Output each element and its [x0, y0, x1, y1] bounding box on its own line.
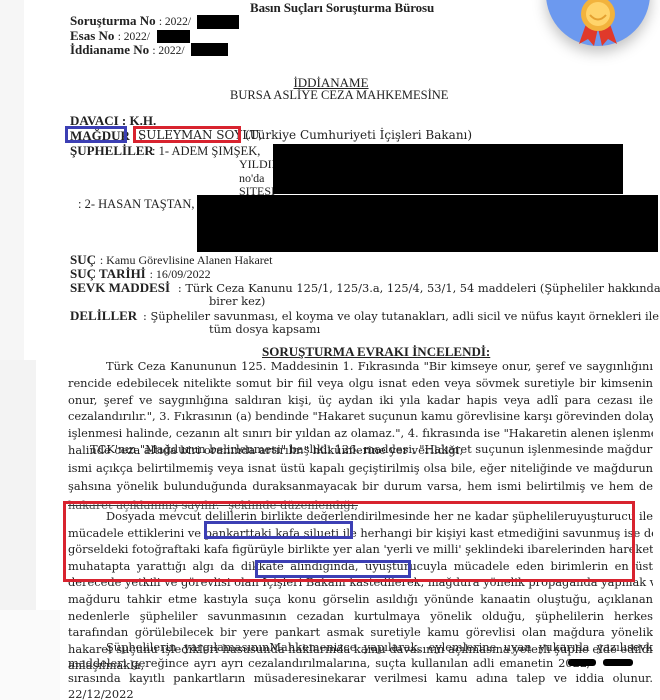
sevk-value-cont: birer kez): [209, 294, 265, 308]
text-line: sırasında kayıtlı pankartların müsaderes…: [68, 671, 653, 687]
highlight-box-magdur-name: [133, 126, 241, 143]
suc-tarihi-label: SUÇ TARİHİ: [70, 266, 146, 281]
sorusturma-no: Soruşturma No : 2022/: [70, 13, 191, 29]
redaction-scribble: [603, 659, 633, 666]
bureau-title: Basın Suçları Soruşturma Bürosu: [250, 0, 434, 16]
redaction-box: [197, 15, 239, 29]
redaction-box: [458, 195, 658, 252]
sorusturma-no-label: Soruşturma No: [70, 13, 156, 28]
text-line: Türk Ceza Kanununun 125. Maddesinin 1. F…: [68, 358, 653, 375]
text-line: 22/12/2022: [68, 687, 653, 700]
suspect-2: : 2- HASAN TAŞTAN,: [78, 197, 195, 212]
suc-tarihi-value: : 16/09/2022: [150, 267, 211, 281]
text-line: ismi açıkça belirtilmemiş veya isnat üst…: [68, 459, 653, 478]
text-line: mağduru tahkir etme kastıyla suça konu g…: [68, 591, 653, 608]
sevk-row: SEVK MADDESİ : Türk Ceza Kanunu 125/1, 1…: [70, 280, 660, 296]
redaction-box: [197, 195, 459, 252]
text-line: nedenlerle şüpheliler savunmasının cezad…: [68, 608, 653, 625]
redaction-scribble: [568, 659, 596, 666]
redaction-box: [383, 144, 623, 194]
text-line: cezalandırılır.", 3. Fıkrasının (a) bend…: [68, 408, 653, 425]
text-line: maddeleri gereğince ayrı ayrı cezalandır…: [68, 656, 653, 672]
paragraph-request: Şüphelilerin yargılamasınınMahkemenizce …: [68, 640, 653, 700]
indictment-document: Basın Suçları Soruşturma Bürosu Soruştur…: [0, 0, 660, 700]
supheliler-label: ŞUPHELİLER: [70, 143, 154, 158]
deliller-value: : Şüpheliler savunması, el koyma ve olay…: [143, 309, 659, 323]
highlight-box-bakan: [255, 560, 411, 578]
deliller-label: DELİLLER: [70, 308, 137, 323]
court-name: BURSA ASLİYE CEZA MAHKEMESİNE: [230, 88, 434, 103]
medal-icon: [546, 0, 650, 46]
medal-badge[interactable]: [546, 0, 650, 46]
redaction-box: [191, 43, 228, 56]
text-line: onur, şeref ve saygınlığına saldıran kiş…: [68, 392, 653, 409]
text-line: tarafından görülebilecek bir yere pankar…: [68, 624, 653, 641]
suc-label: SUÇ: [70, 252, 96, 267]
supheliler-row: ŞUPHELİLER: [70, 143, 154, 159]
text-line: TCK'nın "Mağdurun belirlenmesi" başlıklı…: [68, 440, 653, 459]
deliller-value-cont: tüm dosya kapsamı: [209, 322, 320, 336]
text-line: şahsına yönelik bulunduğunda duraksanmay…: [68, 477, 653, 496]
suc-value: : Kamu Görevlisine Alanen Hakaret: [100, 253, 273, 267]
sorusturma-no-value: : 2022/: [159, 16, 191, 28]
iddianame-no: İddianame No : 2022/: [70, 42, 185, 58]
highlight-box-magdur-label: [65, 126, 127, 143]
text-line: Şüphelilerin yargılamasınınMahkemenizce …: [68, 640, 653, 656]
iddianame-no-value: : 2022/: [152, 45, 184, 57]
sevk-value: : Türk Ceza Kanunu 125/1, 125/3.a, 125/4…: [178, 281, 660, 295]
highlight-box-pankart: [204, 521, 353, 539]
magdur-title: (Türkiye Cumhuriyeti İçişleri Bakanı): [245, 128, 472, 142]
iddianame-no-label: İddianame No: [70, 42, 149, 57]
deliller-row: DELİLLER : Şüpheliler savunması, el koym…: [70, 308, 659, 324]
text-line: rencide edebilecek nitelikte somut bir f…: [68, 375, 653, 392]
esas-no-label: Esas No: [70, 28, 114, 43]
sevk-label: SEVK MADDESİ: [70, 280, 170, 295]
